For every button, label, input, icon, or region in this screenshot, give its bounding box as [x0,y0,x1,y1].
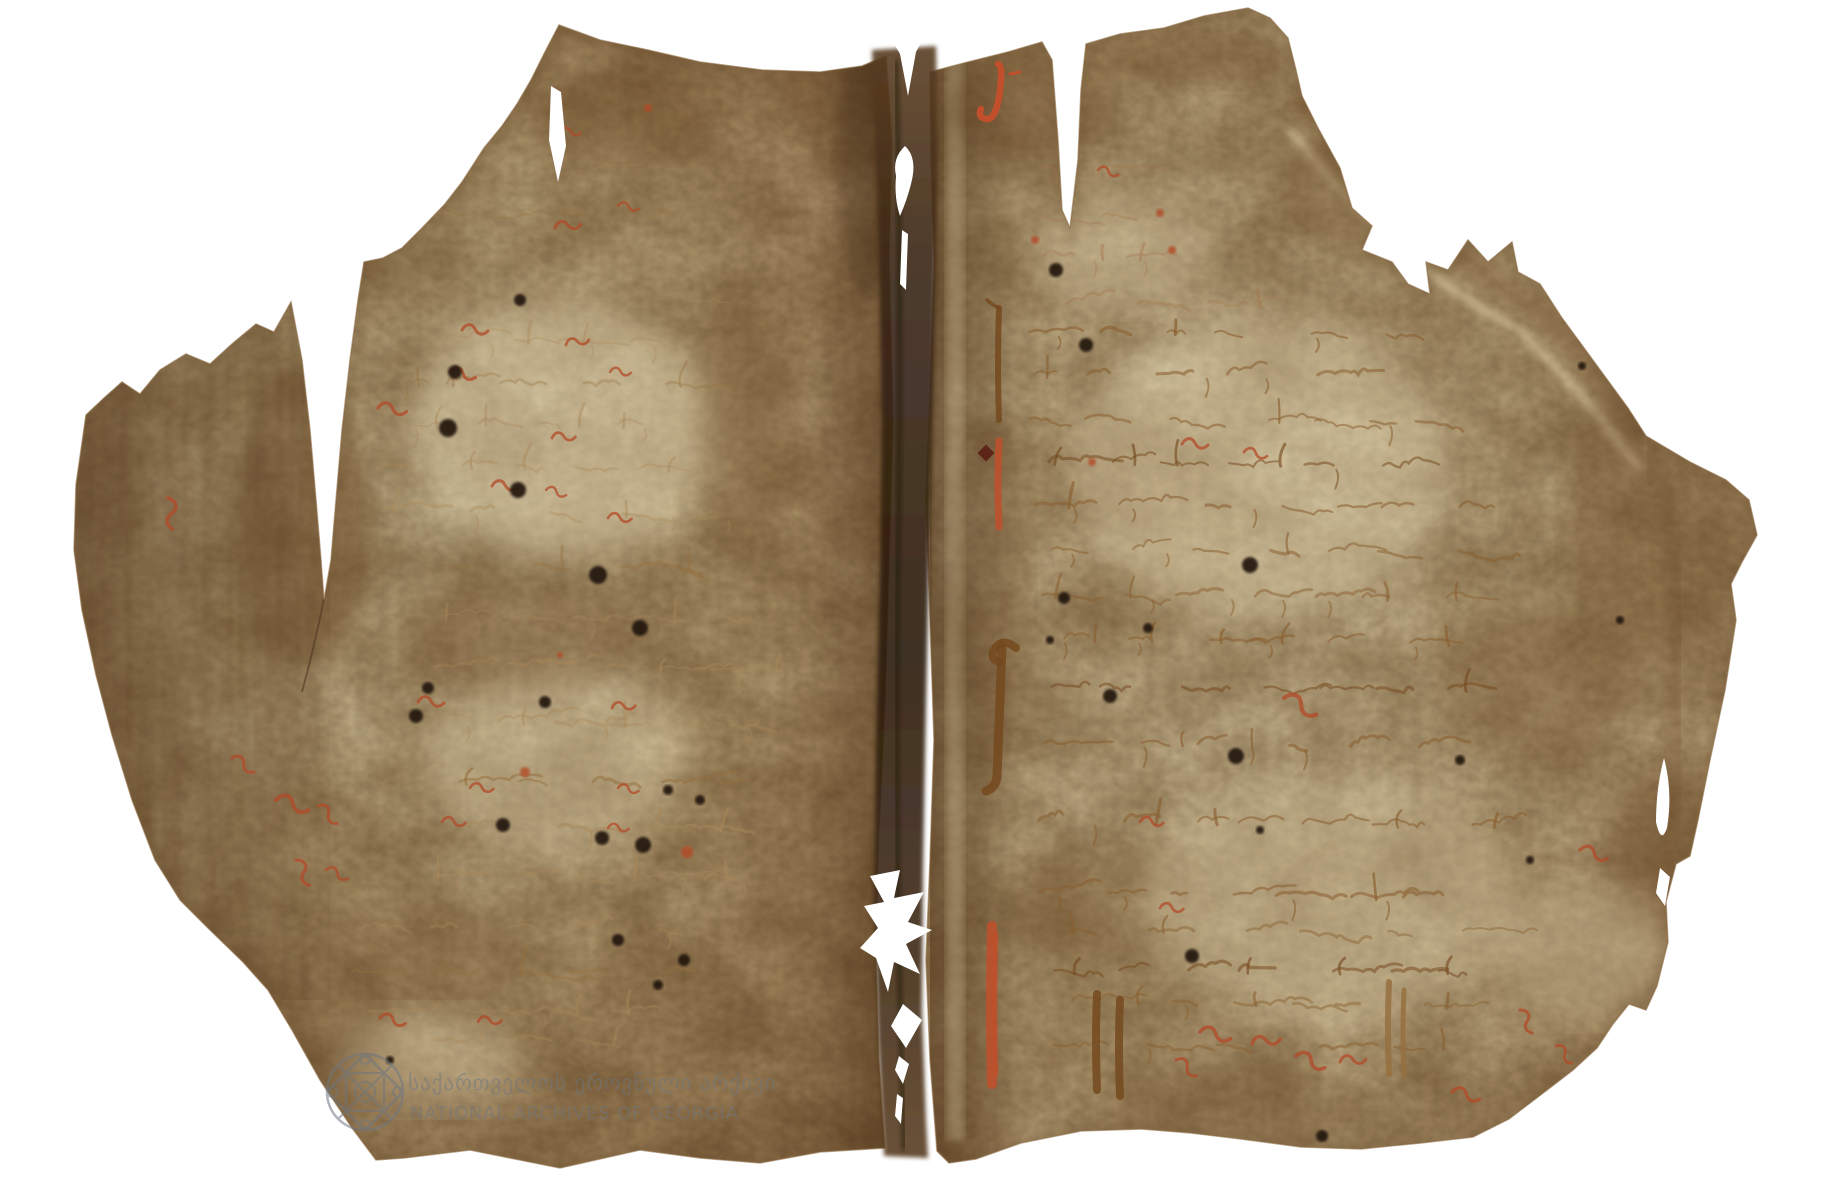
wormhole-spot [448,365,462,379]
watermark-georgian-text: საქართველოს ეროვნული არქივი [408,1071,777,1095]
initial-bar [1403,990,1404,1076]
wormhole-spot [520,767,530,777]
wormhole-spot [1143,623,1153,633]
wormhole-spot [663,785,673,795]
wormhole-spot [1256,826,1264,834]
wormhole-spot [653,980,663,990]
wormhole-spot [681,846,693,858]
wormhole-spot [1616,616,1624,624]
wormhole-spot [595,831,609,845]
wormhole-spot [589,566,607,584]
initial-bar [991,926,996,1084]
wormhole-spot [1088,458,1096,466]
wormhole-spot [439,419,457,437]
wormhole-spot [1168,246,1176,254]
wormhole-spot [1079,338,1093,352]
initial-bar [1119,1000,1120,1096]
wormhole-spot [612,934,624,946]
wormhole-spot [1455,755,1465,765]
wormhole-spot [1228,748,1244,764]
wormhole-spot [409,709,423,723]
wormhole-spot [644,104,652,112]
wormhole-spot [1058,592,1070,604]
wormhole-spot [514,294,526,306]
wormhole-spot [1578,362,1586,370]
wormhole-spot [1316,1130,1328,1142]
wormhole-spot [496,818,510,832]
wormhole-spot [678,954,690,966]
wormhole-spot [632,620,648,636]
wormhole-spot [1156,209,1164,217]
wormhole-spot [1103,689,1117,703]
wormhole-spot [1031,236,1039,244]
wormhole-spot [539,696,551,708]
wormhole-spot [1242,557,1258,573]
wormhole-spot [510,482,526,498]
wormhole-spot [1526,856,1534,864]
watermark-english-text: NATIONAL ARCHIVES OF GEORGIA [410,1103,739,1124]
initial-bar [1388,982,1389,1074]
wormhole-spot [695,795,705,805]
wormhole-spot [1049,263,1063,277]
wormhole-spot [1185,949,1199,963]
wormhole-spot [635,837,651,853]
manuscript-scan: საქართველოს ეროვნული არქივი NATIONAL ARC… [0,0,1844,1201]
wormhole-spot [1046,636,1054,644]
manuscript-photo: საქართველოს ეროვნული არქივი NATIONAL ARC… [0,0,1844,1201]
wormhole-spot [557,652,563,658]
initial-bar [1096,994,1097,1090]
wormhole-spot [422,682,434,694]
